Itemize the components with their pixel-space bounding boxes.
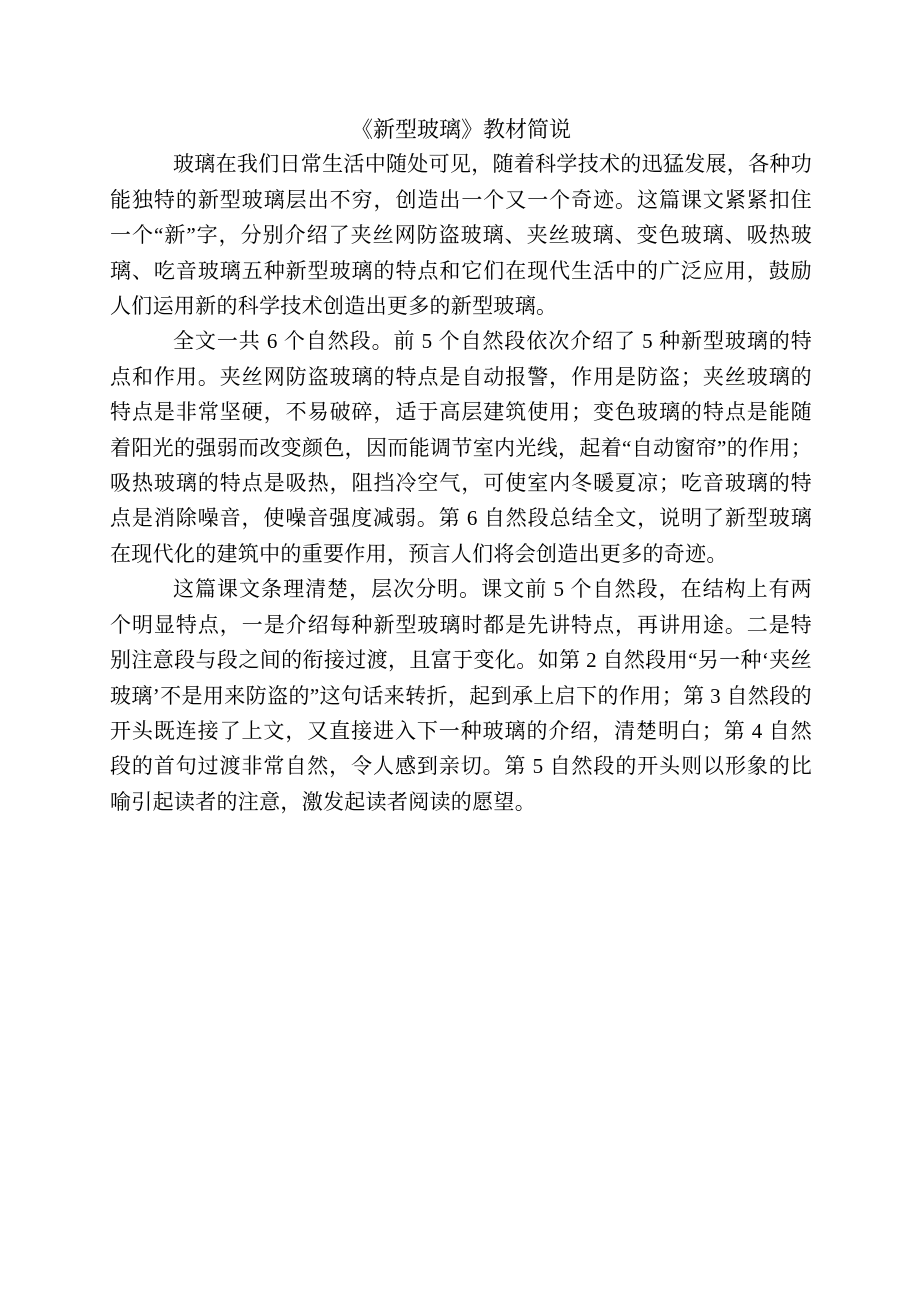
document-page: 《新型玻璃》教材简说 玻璃在我们日常生活中随处可见，随着科学技术的迅猛发展，各种…	[0, 0, 920, 1302]
document-title: 《新型玻璃》教材简说	[110, 112, 812, 147]
paragraph-structure-summary: 全文一共 6 个自然段。前 5 个自然段依次介绍了 5 种新型玻璃的特点和作用。…	[110, 324, 812, 572]
paragraph-intro: 玻璃在我们日常生活中随处可见，随着科学技术的迅猛发展，各种功能独特的新型玻璃层出…	[110, 147, 812, 324]
paragraph-writing-features: 这篇课文条理清楚，层次分明。课文前 5 个自然段，在结构上有两个明显特点，一是介…	[110, 572, 812, 820]
